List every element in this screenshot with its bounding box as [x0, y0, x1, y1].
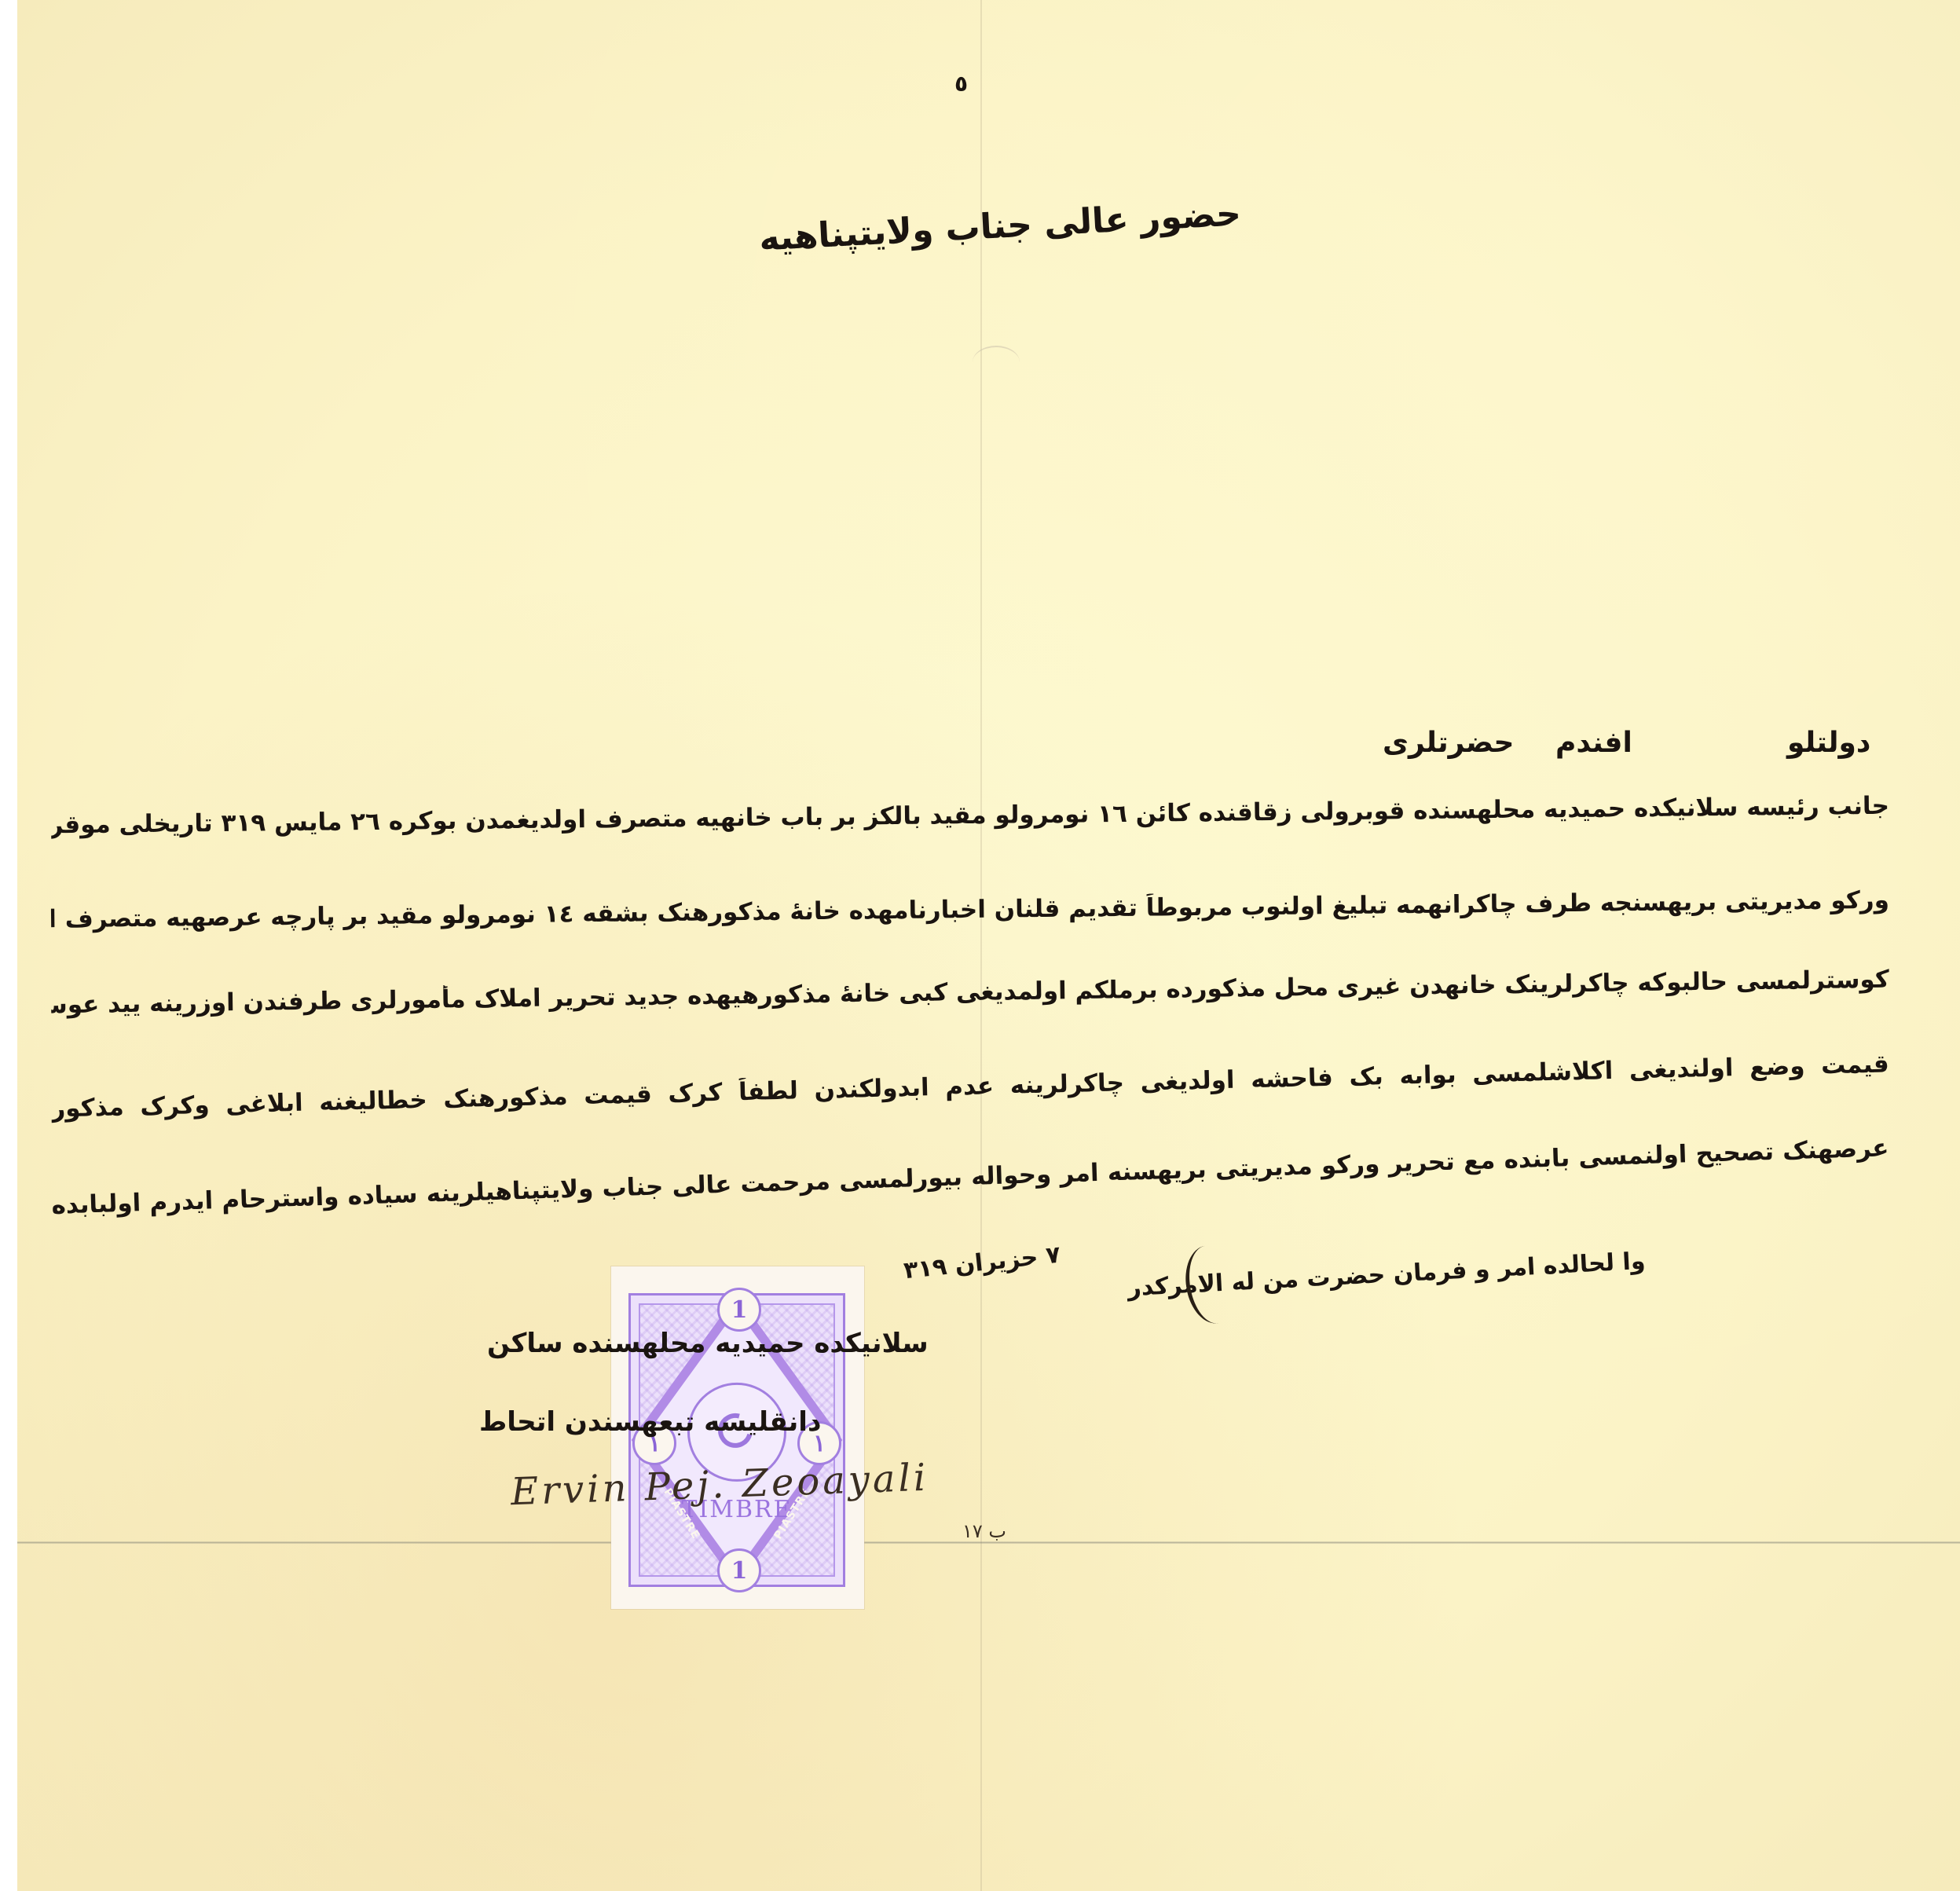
signature-line-2: دانقلیسه تبعهسندن اتحاط: [479, 1406, 821, 1438]
document-paper: [17, 0, 1960, 1891]
paper-crease: [973, 346, 1020, 379]
stamp-denomination-top: 1: [717, 1288, 761, 1332]
salutation-word-3: حضرتلری: [1383, 727, 1514, 759]
page-number-mark: ٥: [954, 71, 968, 97]
signature-line-1: سلانیکده حمیدیه محلهسنده ساکن: [487, 1328, 929, 1359]
salutation-word-1: دولتلو: [1787, 727, 1870, 759]
salutation-word-2: افندم: [1555, 727, 1632, 759]
vertical-fold-line: [980, 0, 982, 1891]
signature-mark: ب ۱۷: [962, 1520, 1006, 1542]
revenue-stamp: TIMBRE 1 1 ١ ١ PIASTRE PIASTRE: [611, 1266, 864, 1609]
stamp-denomination-bottom: 1: [717, 1548, 761, 1592]
